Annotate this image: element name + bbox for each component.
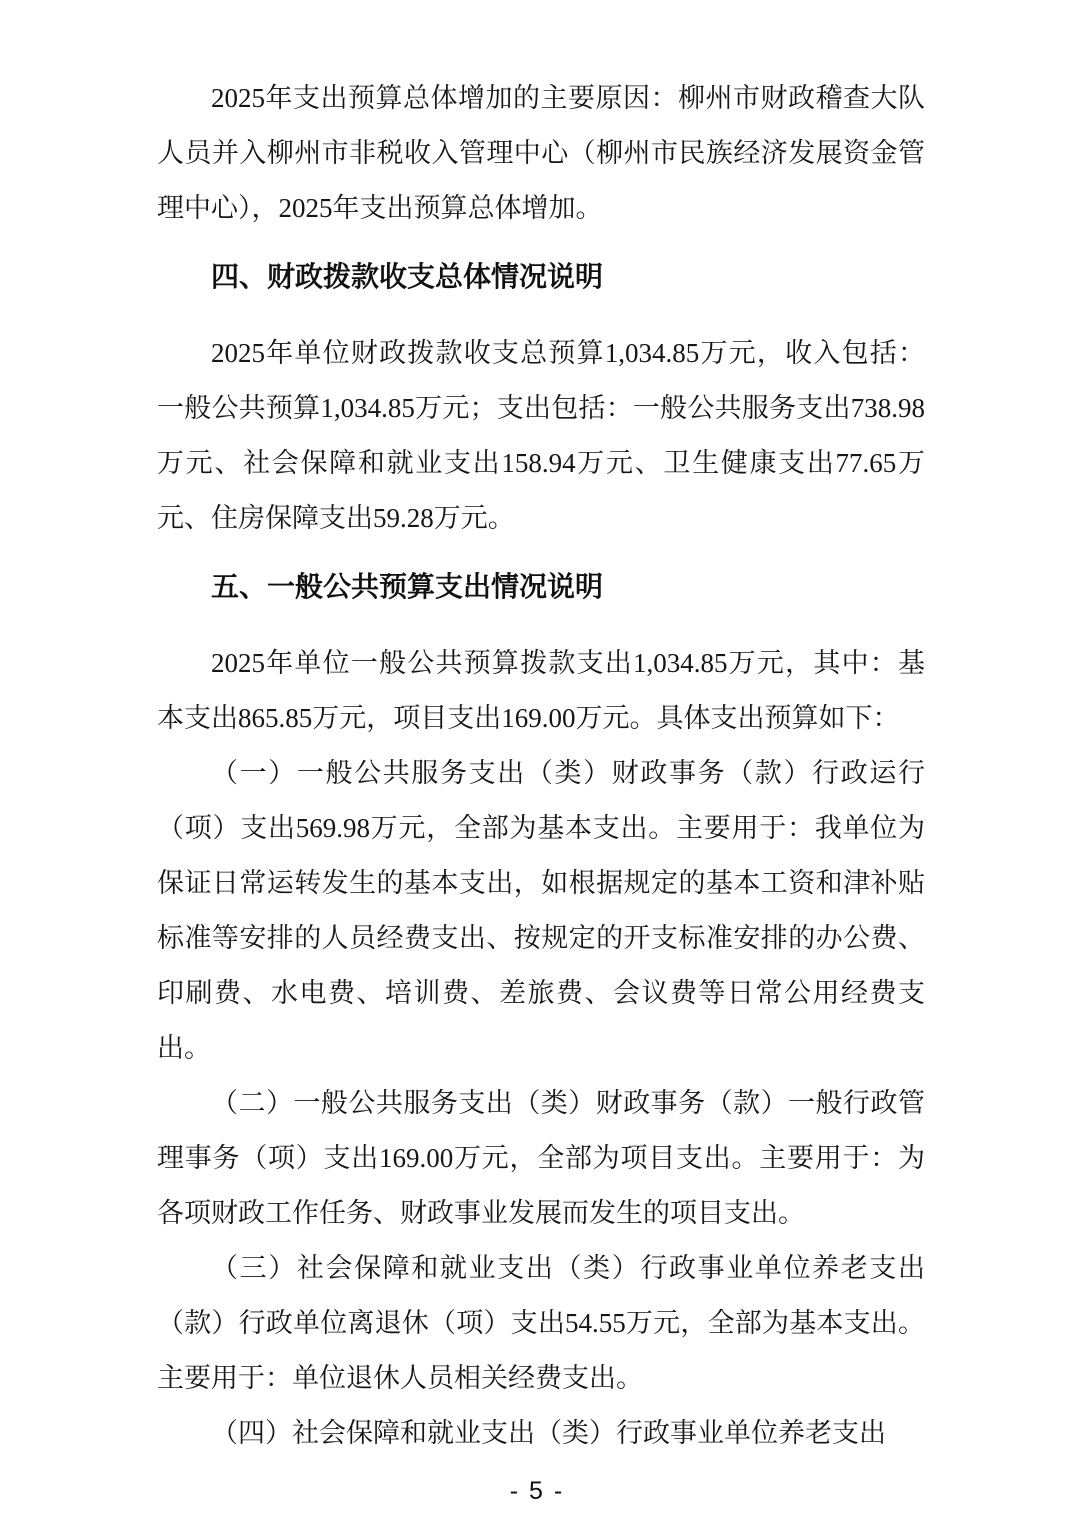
section-heading-4-fiscal-appropriation-overview: 四、财政拨款收支总体情况说明 xyxy=(157,249,925,304)
page-number: - 5 - xyxy=(0,1476,1074,1506)
paragraph-item-3-retirement-expenditure: （三）社会保障和就业支出（类）行政事业单位养老支出（款）行政单位离退休（项）支出… xyxy=(157,1241,925,1406)
document-page: 2025年支出预算总体增加的主要原因：柳州市财政稽查大队人员并入柳州市非税收入管… xyxy=(0,0,1074,1520)
section-heading-5-general-public-budget-expenditure: 五、一般公共预算支出情况说明 xyxy=(157,559,925,614)
paragraph-expenditure-increase-reason: 2025年支出预算总体增加的主要原因：柳州市财政稽查大队人员并入柳州市非税收入管… xyxy=(157,71,925,236)
paragraph-item-2-general-administrative-affairs: （二）一般公共服务支出（类）财政事务（款）一般行政管理事务（项）支出169.00… xyxy=(157,1076,925,1241)
paragraph-general-public-budget-totals: 2025年单位一般公共预算拨款支出1,034.85万元，其中：基本支出865.8… xyxy=(157,636,925,746)
paragraph-item-1-administrative-operation: （一）一般公共服务支出（类）财政事务（款）行政运行（项）支出569.98万元，全… xyxy=(157,746,925,1076)
paragraph-fiscal-appropriation-totals: 2025年单位财政拨款收支总预算1,034.85万元，收入包括：一般公共预算1,… xyxy=(157,326,925,546)
paragraph-item-4-pension-expenditure: （四）社会保障和就业支出（类）行政事业单位养老支出 xyxy=(157,1406,925,1461)
